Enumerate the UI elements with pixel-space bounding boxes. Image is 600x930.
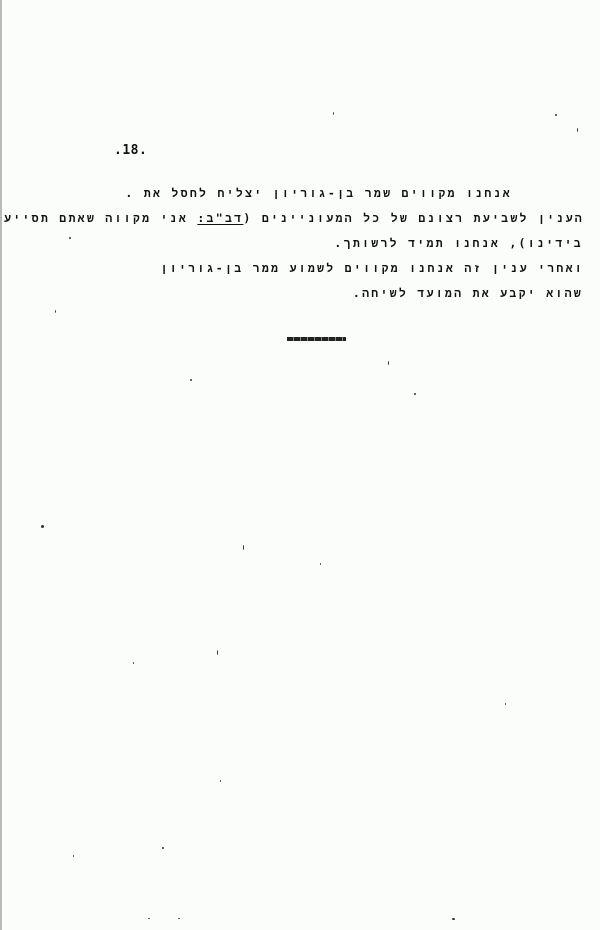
speck	[452, 918, 455, 920]
speck	[505, 703, 506, 705]
end-separator	[287, 337, 346, 341]
underlined-note-label: דב"ב:	[197, 211, 243, 225]
speck	[243, 545, 244, 550]
speck	[555, 114, 557, 116]
speck	[220, 780, 221, 782]
speck	[388, 361, 389, 365]
speck	[162, 847, 164, 849]
speck	[148, 918, 150, 919]
text-line-2: הענין לשביעת רצונם של כל המעוניינים (דב"…	[0, 211, 584, 226]
text-line-2-start: הענין לשביעת רצונם של כל המעוניינים (	[243, 211, 584, 225]
speck	[320, 563, 321, 565]
text-line-2-end: אני מקווה שאתם תסייעו	[0, 211, 197, 225]
speck	[133, 662, 134, 664]
text-line-3: בידינו), אנחנו תמיד לרשותך.	[334, 236, 583, 251]
text-line-4: ואחרי ענין זה אנחנו מקווים לשמוע ממר בן-…	[161, 261, 584, 276]
speck	[217, 650, 218, 655]
text-line-5: שהוא יקבע את המועד לשיחה.	[353, 286, 583, 301]
page-left-edge	[0, 0, 2, 930]
speck	[73, 855, 74, 857]
speck	[41, 525, 44, 528]
speck	[414, 393, 416, 395]
page-number: .18.	[114, 143, 147, 158]
speck	[190, 379, 192, 381]
speck	[178, 918, 180, 919]
speck	[55, 310, 56, 313]
text-line-1: אנחנו מקווים שמר בן-גוריון יצליח לחסל את…	[125, 186, 512, 201]
speck	[69, 237, 71, 239]
speck	[577, 128, 578, 132]
speck	[333, 112, 334, 115]
